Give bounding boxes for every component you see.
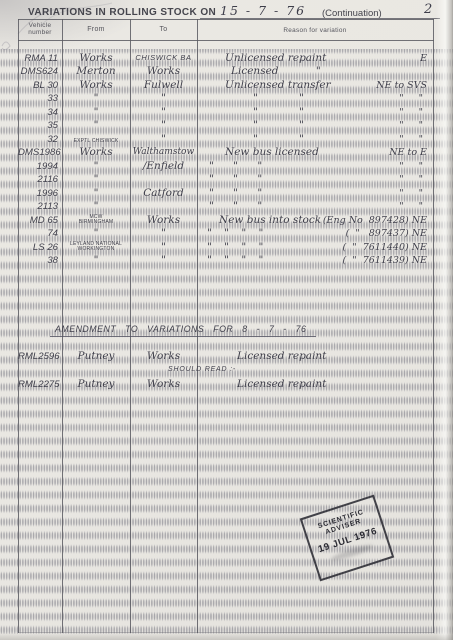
column-header-reason: Reason for variation (197, 27, 433, 34)
from-cell: " (62, 200, 130, 212)
annotation-cell: " " (321, 188, 433, 199)
reason-cell: " " " (197, 173, 321, 185)
vehicle-cell: 2113 (18, 201, 62, 212)
table-top-border (18, 19, 434, 20)
table-row: RML2596 Putney Works Licensed repaint (18, 348, 433, 362)
to-cell: /Enfield (130, 160, 197, 172)
annotation-cell: " " (321, 93, 433, 104)
column-header-from: From (62, 26, 130, 33)
to-cell: Works (130, 378, 197, 390)
vehicle-cell: RML2275 (18, 379, 62, 390)
vehicle-cell: BL 30 (18, 80, 62, 91)
vehicle-cell: 1994 (18, 161, 62, 172)
table-row: 33 " " " " " " (18, 91, 433, 105)
table-row: RMA 11 Works CHISWICK BA Unlicensed repa… (18, 50, 433, 64)
from-cell: Works (62, 146, 130, 158)
from-cell: Putney (62, 378, 130, 390)
reason-cell: Unlicensed transfer (197, 79, 321, 91)
vehicle-cell: DMS1986 (18, 147, 62, 158)
annotation-cell: " " (321, 161, 433, 172)
vehicle-cell: 1996 (18, 188, 62, 199)
reason-cell: " " " " (197, 227, 321, 239)
from-cell: Putney (62, 350, 130, 362)
reason-cell: New bus into stock (197, 214, 321, 226)
scientific-adviser-stamp: SCIENTIFIC ADVISER 19 JUL 1976 (300, 495, 395, 582)
to-cell: " (130, 241, 197, 253)
annotation-cell: ( " 897437) NE (321, 228, 433, 239)
table-row: 2116 " " " " " " (18, 172, 433, 186)
table-row: 35 " " " " " " (18, 118, 433, 132)
table-row: RML2275 Putney Works Licensed repaint (18, 376, 433, 390)
vehicle-cell: 34 (18, 107, 62, 118)
to-cell: Works (130, 350, 197, 362)
continuation-label: (Continuation) (322, 8, 382, 19)
to-cell: " (130, 106, 197, 118)
from-cell: " (62, 227, 130, 239)
table-row: 74 " " " " " " ( " 897437) NE (18, 226, 433, 240)
column-header-vehicle: Vehicle number (18, 22, 62, 36)
table-row: 34 " " " " " " (18, 104, 433, 118)
reason-cell: " " (197, 119, 321, 131)
to-cell: Works (130, 65, 197, 77)
vehicle-cell: DMS624 (18, 66, 62, 77)
from-cell: " (62, 106, 130, 118)
amendment-title: AMENDMENT TO VARIATIONS FOR 8 - 7 - 76 (50, 324, 316, 337)
to-cell: CHISWICK BA (130, 52, 197, 64)
table-row: DMS624 Merton Works Licensed " (18, 64, 433, 78)
from-cell: MCW BIRMINGHAM (62, 215, 130, 226)
handwritten-date: 15 - 7 - 76 (220, 3, 306, 18)
vehicle-cell: RML2596 (18, 351, 62, 362)
to-cell: " (130, 254, 197, 266)
reason-cell: " " (197, 133, 321, 145)
annotation-cell: " " (321, 174, 433, 185)
annotation-cell: " " (321, 107, 433, 118)
from-cell: LEYLAND NATIONAL WORKINGTON (62, 242, 130, 253)
table-right-border (433, 19, 434, 633)
page-number: 2 (424, 2, 432, 17)
table-row: MD 65 MCW BIRMINGHAM Works New bus into … (18, 212, 433, 226)
should-read-label: SHOULD READ :- (168, 366, 236, 373)
from-cell: " (62, 173, 130, 185)
from-cell: " (62, 92, 130, 104)
to-cell: Catford (130, 187, 197, 199)
to-cell: " (130, 92, 197, 104)
vehicle-cell: MD 65 (18, 215, 62, 226)
scan-edge-bottom (0, 633, 453, 640)
annotation-cell: ( " 7611440) NE (321, 242, 433, 253)
from-cell: " (62, 254, 130, 266)
reason-cell: " " " " (197, 241, 321, 253)
to-cell: " (130, 133, 197, 145)
table-row: 2113 " " " " " " (18, 199, 433, 213)
annotation-cell: E (321, 53, 433, 64)
page-title: VARIATIONS IN ROLLING STOCK ON (28, 7, 216, 18)
header-bottom-border (18, 40, 434, 41)
table-row: 1994 " /Enfield " " " " " (18, 158, 433, 172)
annotation-cell: ( " 7611439) NE (321, 255, 433, 266)
reason-cell: " " " (197, 200, 321, 212)
scan-edge-right (436, 0, 453, 640)
to-cell: " (130, 227, 197, 239)
from-cell: Works (62, 79, 130, 91)
annotation-cell: " " (321, 134, 433, 145)
from-cell: Works (62, 52, 130, 64)
reason-cell: Licensed repaint (197, 378, 377, 390)
table-row: DMS1986 Works Walthamstow New bus licens… (18, 145, 433, 159)
annotation-cell: NE to SVS (321, 80, 433, 91)
table-row: 1996 " Catford " " " " " (18, 185, 433, 199)
reason-cell: " " " (197, 187, 321, 199)
annotation-cell: " " (321, 201, 433, 212)
reason-cell: Unlicensed repaint (197, 52, 321, 64)
from-cell: " (62, 119, 130, 131)
vehicle-cell: LS 26 (18, 242, 62, 253)
reason-cell: New bus licensed (197, 146, 321, 158)
reason-cell: " " (197, 92, 321, 104)
vehicle-cell: 74 (18, 228, 62, 239)
table-row: LS 26 LEYLAND NATIONAL WORKINGTON " " " … (18, 239, 433, 253)
reason-cell: " " " (197, 160, 321, 172)
vehicle-cell: 38 (18, 255, 62, 266)
vehicle-cell: RMA 11 (18, 53, 62, 64)
from-cell: " (62, 160, 130, 172)
annotation-cell: (Eng No 897428) NE (321, 215, 433, 226)
vehicle-cell: 32 (18, 134, 62, 145)
from-cell: " (62, 187, 130, 199)
reason-cell: " " (197, 106, 321, 118)
table-row: 32 EXPTL CHISWICK " " " " " (18, 131, 433, 145)
reason-cell: Licensed " (197, 65, 321, 77)
reason-cell: " " " " (197, 254, 321, 266)
vehicle-cell: 33 (18, 93, 62, 104)
column-header-to: To (130, 26, 197, 33)
scanned-form-page: VARIATIONS IN ROLLING STOCK ON 15 - 7 - … (0, 0, 453, 640)
annotation-cell: " " (321, 120, 433, 131)
to-cell: Works (130, 214, 197, 226)
table-row: BL 30 Works Fulwell Unlicensed transfer … (18, 77, 433, 91)
to-cell: Fulwell (130, 79, 197, 91)
to-cell: Walthamstow (130, 146, 197, 158)
reason-cell: Licensed repaint (197, 350, 377, 362)
to-cell: " (130, 119, 197, 131)
annotation-cell: NE to E (321, 147, 433, 158)
from-cell: Merton (62, 65, 130, 77)
table-row: 38 " " " " " " ( " 7611439) NE (18, 253, 433, 267)
vehicle-cell: 35 (18, 120, 62, 131)
vehicle-cell: 2116 (18, 174, 62, 185)
